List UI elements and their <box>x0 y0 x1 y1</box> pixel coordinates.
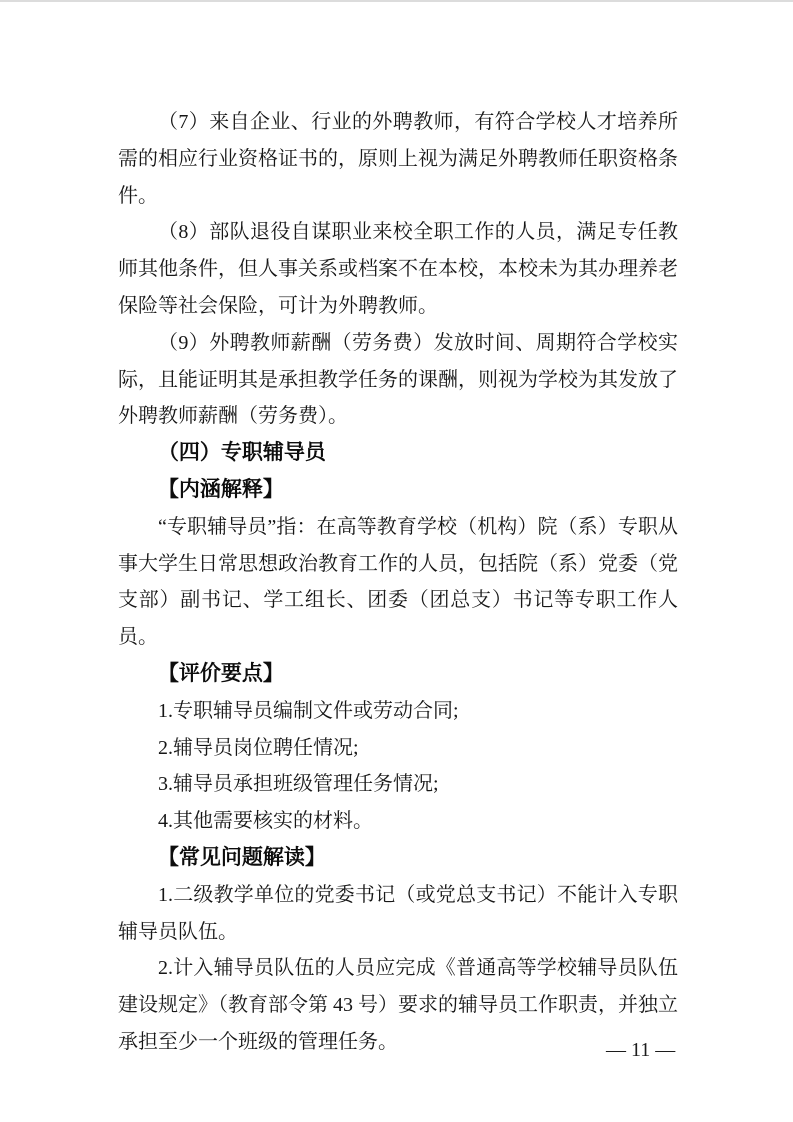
evaluation-point-2: 2.辅导员岗位聘任情况; <box>118 730 678 767</box>
heading-evaluation-points: 【评价要点】 <box>118 656 678 693</box>
common-question-2: 2.计入辅导员队伍的人员应完成《普通高等学校辅导员队伍建设规定》（教育部令第 4… <box>118 950 678 1060</box>
evaluation-point-1: 1.专职辅导员编制文件或劳动合同; <box>118 693 678 730</box>
paragraph-item-7: （7）来自企业、行业的外聘教师，有符合学校人才培养所需的相应行业资格证书的，原则… <box>118 104 678 214</box>
document-page: （7）来自企业、行业的外聘教师，有符合学校人才培养所需的相应行业资格证书的，原则… <box>0 0 793 1122</box>
evaluation-point-3: 3.辅导员承担班级管理任务情况; <box>118 766 678 803</box>
evaluation-point-4: 4.其他需要核实的材料。 <box>118 803 678 840</box>
scan-edge-artifact <box>0 0 793 2</box>
paragraph-item-9: （9）外聘教师薪酬（劳务费）发放时间、周期符合学校实际，且能证明其是承担教学任务… <box>118 325 678 435</box>
section-heading-full-time-counselors: （四）专职辅导员 <box>118 435 678 472</box>
common-question-1: 1.二级教学单位的党委书记（或党总支书记）不能计入专职辅导员队伍。 <box>118 877 678 951</box>
heading-common-questions: 【常见问题解读】 <box>118 840 678 877</box>
paragraph-counselor-definition: “专职辅导员”指：在高等教育学校（机构）院（系）专职从事大学生日常思想政治教育工… <box>118 509 678 656</box>
page-number: — 11 — <box>606 1038 675 1062</box>
document-body: （7）来自企业、行业的外聘教师，有符合学校人才培养所需的相应行业资格证书的，原则… <box>118 104 678 1061</box>
paragraph-item-8: （8）部队退役自谋职业来校全职工作的人员，满足专任教师其他条件，但人事关系或档案… <box>118 214 678 324</box>
heading-connotation-explanation: 【内涵解释】 <box>118 472 678 509</box>
